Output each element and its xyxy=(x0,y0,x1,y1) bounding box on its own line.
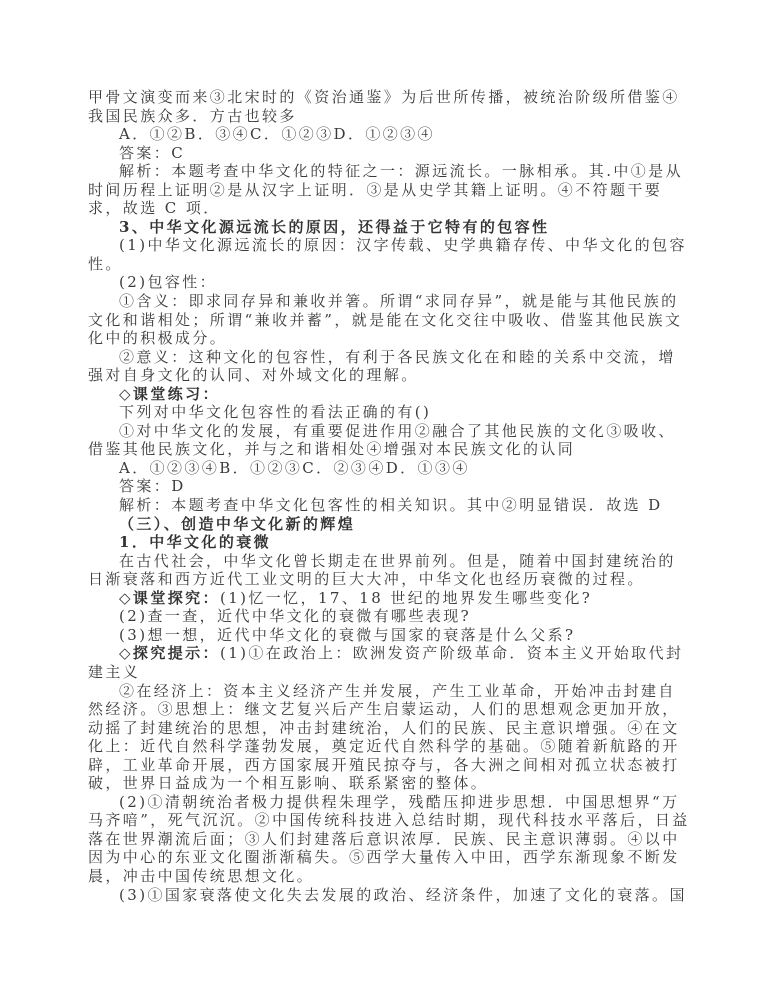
text-line: 破，世界日益成为一个相互影响、联系紧密的整体。 xyxy=(88,774,688,793)
text-line: 求，故选 C 项． xyxy=(88,199,688,218)
text-line: 解析：本题考查中华文化的特征之一：源远流长。一脉相承。其.中①是从 xyxy=(88,162,688,181)
text-line: (2)①清朝统治者极力提供程朱理学，残酷压抑进步思想．中国思想界“万 xyxy=(88,793,688,812)
text-line: 文化和谐相处；所谓“兼收并蓄”，就是能在文化交往中吸收、借鉴其他民族文 xyxy=(88,311,688,330)
text-line: (3)想一想，近代中华文化的衰微与国家的衰落是什么父系? xyxy=(88,626,688,645)
text-line: 落在世界潮流后面；③人们封建落后意识浓厚．民族、民主意识薄弱。④以中 xyxy=(88,830,688,849)
text-line: 强对自身文化的认同、对外域文化的理解。 xyxy=(88,366,688,385)
text-line: 马齐喑”，死气沉沉。②中国传统科技进入总结时期，现代科技水平落后，日益 xyxy=(88,811,688,830)
text-line: 解析：本题考查中华文化包客性的相关知识。其中②明显错误．故选 D xyxy=(88,496,688,515)
document-page: 甲骨文演变而来③北宋时的《资治通鉴》为后世所传播，被统治阶级所借鉴④我国民族众多… xyxy=(0,0,770,1000)
text-line: ②意义：这种文化的包容性，有利于各民族文化在和睦的关系中交流，增 xyxy=(88,348,688,367)
text-line: 答案：D xyxy=(88,477,688,496)
text-line: 甲骨文演变而来③北宋时的《资治通鉴》为后世所传播，被统治阶级所借鉴④ xyxy=(88,88,688,107)
text-line: 然经济。③思想上：继文艺复兴后产生启蒙运动，人们的思想观念更加开放， xyxy=(88,700,688,719)
text-line: 建主义 xyxy=(88,663,688,682)
text-line: 我国民族众多．方古也较多 xyxy=(88,107,688,126)
text-line: A．①②B．③④C．①②③D．①②③④ xyxy=(88,125,688,144)
text-line: ①含义：即求同存异和兼收并箸。所谓“求同存异”，就是能与其他民族的 xyxy=(88,292,688,311)
text-line: 晨，冲击中国传统思想文化。 xyxy=(88,867,688,886)
text-line: 下列对中华文化包容性的看法正确的有() xyxy=(88,403,688,422)
text-line: 借鉴其他民族文化，并与之和谐相处④增强对本民族文化的认同 xyxy=(88,440,688,459)
text-line: ②在经济上：资本主义经济产生并发展，产生工业革命，开始冲击封建自 xyxy=(88,682,688,701)
text-line: 化中的积极成分。 xyxy=(88,329,688,348)
text-line: ◇课堂探究：(1)忆一忆，17、18 世纪的地界发生哪些变化? xyxy=(88,589,688,608)
document-text-body: 甲骨文演变而来③北宋时的《资治通鉴》为后世所传播，被统治阶级所借鉴④我国民族众多… xyxy=(88,88,688,904)
text-line: 时间历程上证明②是从汉字上证明．③是从史学其籍上证明。④不符题干要 xyxy=(88,181,688,200)
heading-line: 3、中华文化源远流长的原因，还得益于它特有的包容性 xyxy=(88,218,688,237)
text-line: 在古代社会，中华文化曾长期走在世界前列。但是，随着中国封建统治的 xyxy=(88,552,688,571)
text-line: 动摇了封建统治的思想，冲击封建统治，人们的民族、民主意识增强。④在文 xyxy=(88,719,688,738)
text-line-body: (1)①在政治上：欧洲发资产阶级革命．资本主义开始取代封 xyxy=(220,644,683,662)
heading-prefix: ◇课堂探究： xyxy=(119,589,220,607)
text-line: 答案：C xyxy=(88,144,688,163)
text-line: (2)包容性： xyxy=(88,273,688,292)
text-line: 辟，工业革命开展，西方国家展开殖民掠夺与，各大洲之间相对孤立状态被打 xyxy=(88,756,688,775)
text-line: ①对中华文化的发展，有重要促进作用②融合了其他民族的文化③吸收、 xyxy=(88,422,688,441)
text-line: (2)查一查，近代中华文化的衰微有哪些表现? xyxy=(88,607,688,626)
heading-line: （三）、创造中华文化新的辉煌 xyxy=(88,515,688,534)
text-line: (1)中华文化源远流长的原因：汉字传载、史学典籍存传、中华文化的包容 xyxy=(88,236,688,255)
text-line-body: (1)忆一忆，17、18 世纪的地界发生哪些变化? xyxy=(220,589,592,607)
text-line: (3)①国家衰落使文化失去发展的政治、经济条件，加速了文化的衰落。国 xyxy=(88,886,688,905)
text-line: 性。 xyxy=(88,255,688,274)
heading-line: 1．中华文化的衰微 xyxy=(88,533,688,552)
heading-line: ◇课堂练习： xyxy=(88,385,688,404)
text-line: ◇探究提示：(1)①在政治上：欧洲发资产阶级革命．资本主义开始取代封 xyxy=(88,644,688,663)
text-line: 因为中心的东亚文化圈浙渐稿失。⑤西学大量传入中田，西学东渐现象不断发 xyxy=(88,848,688,867)
text-line: 日渐衰落和西方近代工业文明的巨大大冲，中华文化也经历衰微的过程。 xyxy=(88,570,688,589)
heading-prefix: ◇探究提示： xyxy=(119,644,220,662)
text-line: 化上：近代自然科学蓬勃发展，奠定近代自然科学的基础。⑤随着新航路的开 xyxy=(88,737,688,756)
text-line: A．①②③④B．①②③C．②③④D．①③④ xyxy=(88,459,688,478)
